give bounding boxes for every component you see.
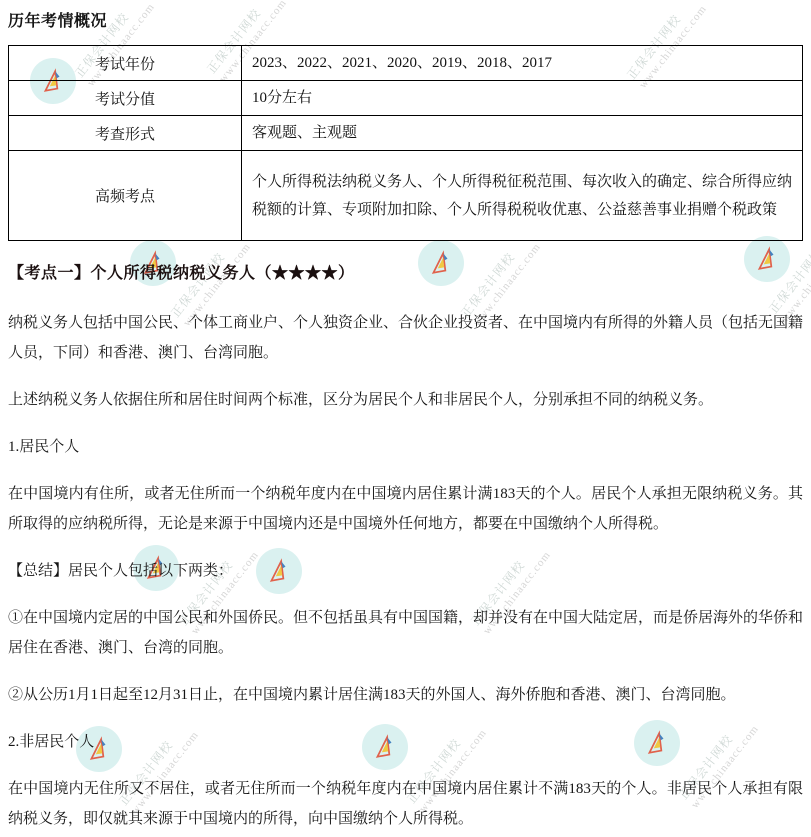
row-value-exam-score: 10分左右 [242, 81, 803, 116]
subheading-resident-individual: 1.居民个人 [8, 432, 803, 462]
row-label-exam-years: 考试年份 [9, 46, 242, 81]
page-title: 历年考情概况 [8, 8, 803, 31]
paragraph: 在中国境内有住所，或者无住所而一个纳税年度内在中国境内居住累计满183天的个人。… [8, 479, 803, 539]
table-row: 考试分值 10分左右 [9, 81, 803, 116]
row-label-exam-score: 考试分值 [9, 81, 242, 116]
row-label-frequent-topics: 高频考点 [9, 151, 242, 241]
paragraph: 上述纳税义务人依据住所和居住时间两个标准，区分为居民个人和非居民个人，分别承担不… [8, 385, 803, 415]
row-value-exam-format: 客观题、主观题 [242, 116, 803, 151]
paragraph: 在中国境内无住所又不居住，或者无住所而一个纳税年度内在中国境内居住累计不满183… [8, 774, 803, 834]
paragraph: ②从公历1月1日起至12月31日止，在中国境内累计居住满183天的外国人、海外侨… [8, 680, 803, 710]
section-body: 纳税义务人包括中国公民、个体工商业户、个人独资企业、合伙企业投资者、在中国境内有… [8, 308, 803, 834]
row-value-exam-years: 2023、2022、2021、2020、2019、2018、2017 [242, 46, 803, 81]
table-row: 考查形式 客观题、主观题 [9, 116, 803, 151]
row-value-frequent-topics: 个人所得税法纳税义务人、个人所得税征税范围、每次收入的确定、综合所得应纳税额的计… [242, 151, 803, 241]
row-label-exam-format: 考查形式 [9, 116, 242, 151]
exam-overview-table: 考试年份 2023、2022、2021、2020、2019、2018、2017 … [8, 45, 803, 241]
document-page: 历年考情概况 考试年份 2023、2022、2021、2020、2019、201… [0, 0, 811, 834]
summary-lead-in: 【总结】居民个人包括以下两类： [8, 556, 803, 586]
paragraph: ①在中国境内定居的中国公民和外国侨民。但不包括虽具有中国国籍，却并没有在中国大陆… [8, 603, 803, 663]
table-row: 考试年份 2023、2022、2021、2020、2019、2018、2017 [9, 46, 803, 81]
subheading-nonresident-individual: 2.非居民个人 [8, 727, 803, 757]
table-row: 高频考点 个人所得税法纳税义务人、个人所得税征税范围、每次收入的确定、综合所得应… [9, 151, 803, 241]
section-heading-key-point-1: 【考点一】个人所得税纳税义务人（★★★★） [8, 260, 803, 283]
paragraph: 纳税义务人包括中国公民、个体工商业户、个人独资企业、合伙企业投资者、在中国境内有… [8, 308, 803, 368]
